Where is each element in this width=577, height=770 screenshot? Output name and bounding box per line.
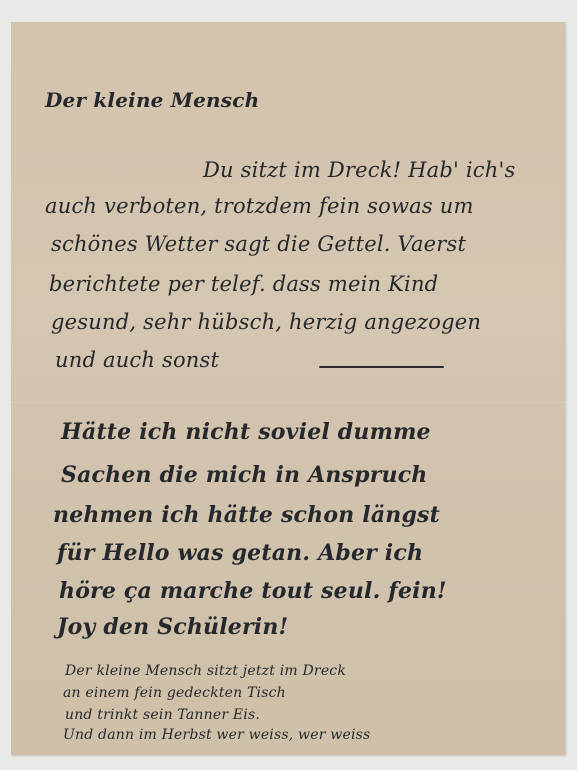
text-line: Und dann im Herbst wer weiss, wer weiss: [63, 727, 370, 743]
text-line: an einem fein gedeckten Tisch: [63, 685, 286, 701]
text-line: und trinkt sein Tanner Eis.: [65, 707, 260, 723]
text-line: schönes Wetter sagt die Gettel. Vaerst: [51, 232, 466, 256]
text-line: Hätte ich nicht soviel dumme: [61, 419, 431, 445]
text-line: Der kleine Mensch sitzt jetzt im Dreck: [65, 663, 346, 679]
letter-title: Der kleine Mensch: [45, 88, 259, 112]
text-line: nehmen ich hätte schon längst: [53, 502, 440, 528]
text-line: auch verboten, trotzdem fein sowas um: [45, 194, 474, 218]
text-line: Du sitzt im Dreck! Hab' ich's: [203, 158, 515, 182]
text-line: höre ça marche tout seul. fein!: [59, 578, 447, 604]
text-line: und auch sonst: [55, 348, 219, 372]
text-line: berichtete per telef. dass mein Kind: [49, 272, 438, 296]
paper-fold-line: [11, 402, 565, 404]
text-line: Joy den Schülerin!: [57, 614, 288, 640]
text-line: gesund, sehr hübsch, herzig angezogen: [51, 310, 481, 334]
text-line: für Hello was getan. Aber ich: [57, 540, 423, 566]
letter-paper: Der kleine Mensch Du sitzt im Dreck! Hab…: [11, 22, 565, 755]
dash-stroke: [319, 366, 444, 368]
text-line: Sachen die mich in Anspruch: [61, 462, 428, 488]
